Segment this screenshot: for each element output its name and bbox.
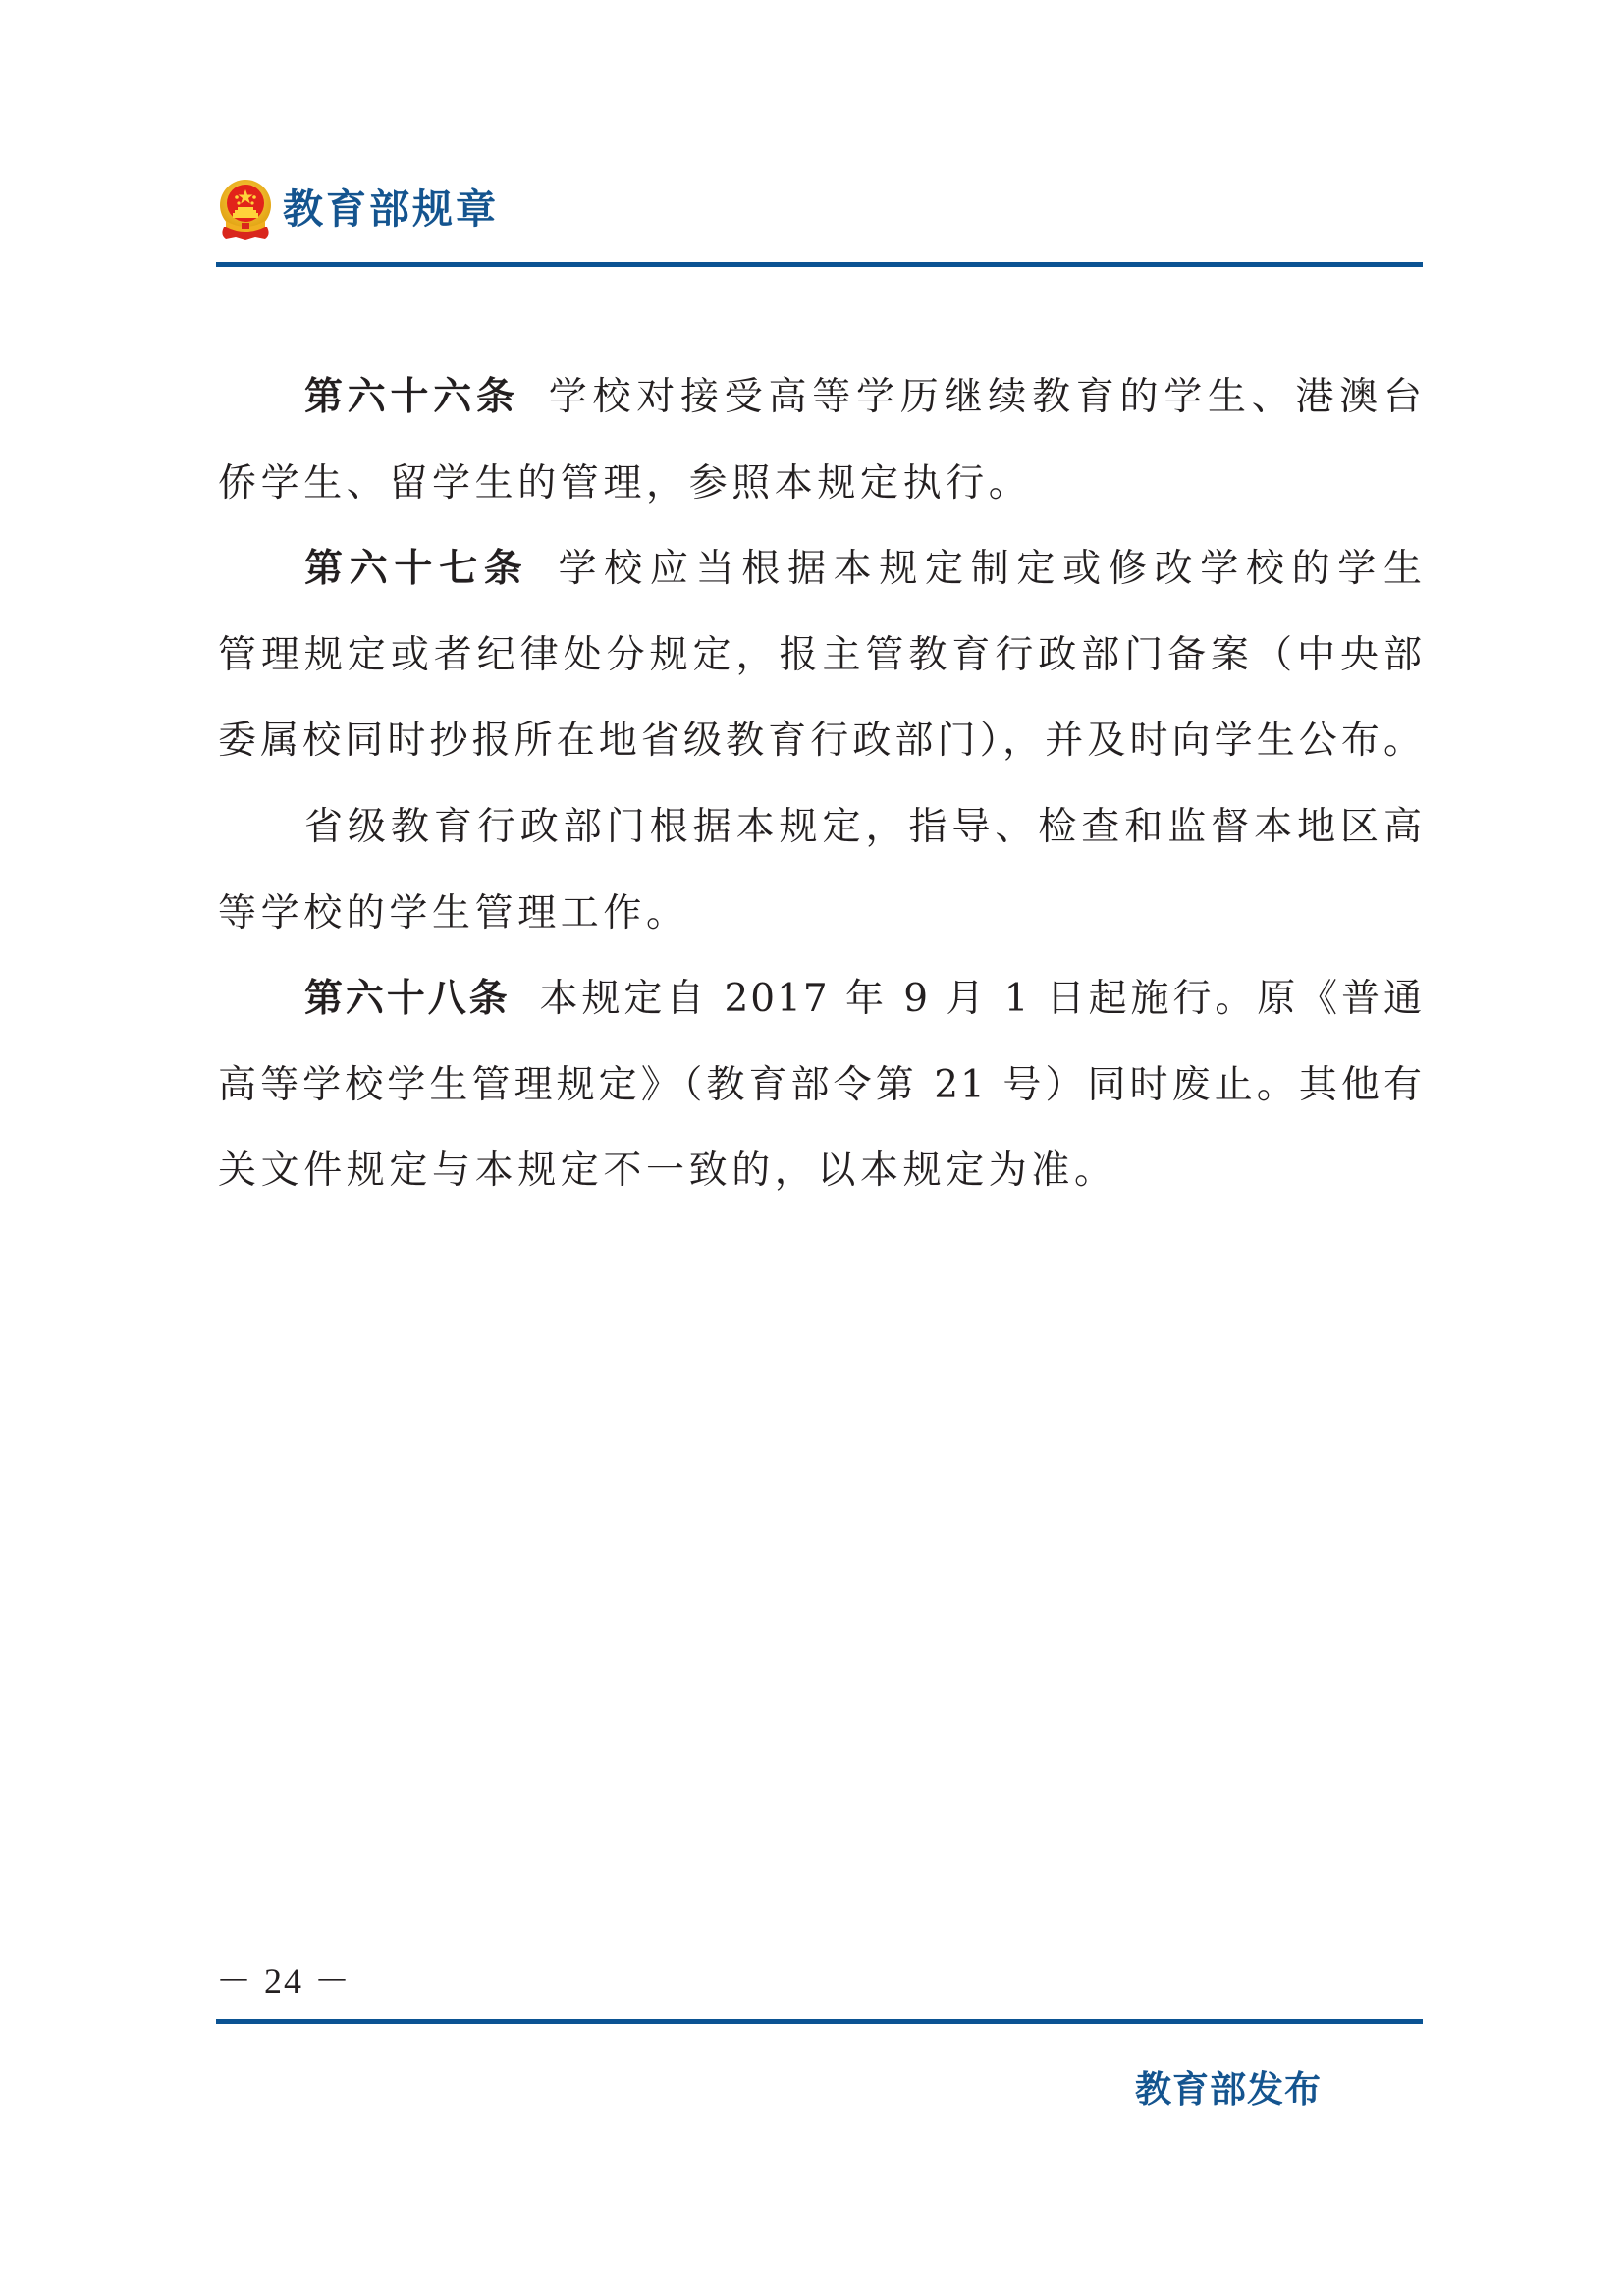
- article-text: 学校应当根据本规定制定或修改学校的学生: [558, 547, 1424, 591]
- header-title: 教育部规章: [283, 189, 499, 230]
- publisher-label: 教育部发布: [1135, 2059, 1322, 2112]
- article-text: 学校对接受高等学历继续教育的学生、港澳台: [549, 375, 1424, 419]
- document-body: 第六十六条学校对接受高等学历继续教育的学生、港澳台 侨学生、留学生的管理，参照本…: [218, 354, 1424, 1214]
- article-67-para-2-line-2: 等学校的学生管理工作。: [218, 871, 1424, 957]
- article-label: 第六十六条: [304, 375, 519, 419]
- page-number: － 24 －: [216, 1953, 352, 2003]
- article-67-line-3: 委属校同时抄报所在地省级教育行政部门），并及时向学生公布。: [218, 698, 1424, 784]
- article-label: 第六十七条: [304, 547, 528, 591]
- article-label: 第六十八条: [304, 977, 511, 1021]
- article-67-line-1: 第六十七条学校应当根据本规定制定或修改学校的学生: [218, 526, 1424, 613]
- article-66-line-1: 第六十六条学校对接受高等学历继续教育的学生、港澳台: [218, 354, 1424, 441]
- document-header: 教育部规章: [218, 175, 499, 243]
- article-68-line-2: 高等学校学生管理规定》（教育部令第 21 号）同时废止。其他有: [218, 1042, 1424, 1129]
- article-67-line-2: 管理规定或者纪律处分规定，报主管教育行政部门备案（中央部: [218, 613, 1424, 699]
- national-emblem-icon: [218, 178, 273, 240]
- footer-divider: [216, 2019, 1423, 2024]
- article-67-para-2-line-1: 省级教育行政部门根据本规定，指导、检查和监督本地区高: [218, 784, 1424, 871]
- article-68-line-3: 关文件规定与本规定不一致的，以本规定为准。: [218, 1128, 1424, 1214]
- article-66-line-2: 侨学生、留学生的管理，参照本规定执行。: [218, 441, 1424, 527]
- article-text: 本规定自 2017 年 9 月 1 日起施行。原《普通: [540, 977, 1424, 1021]
- header-divider: [216, 262, 1423, 267]
- article-68-line-1: 第六十八条本规定自 2017 年 9 月 1 日起施行。原《普通: [218, 956, 1424, 1042]
